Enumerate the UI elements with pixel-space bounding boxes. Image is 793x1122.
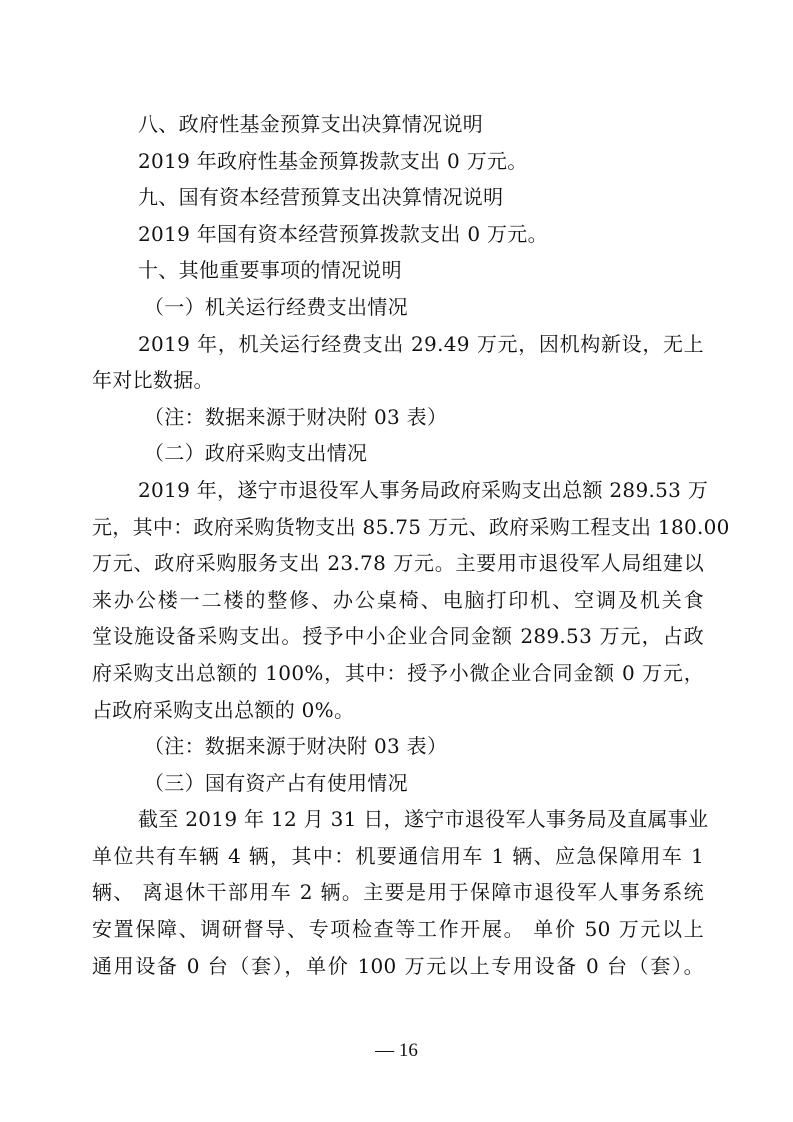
section-heading-state-capital: 九、国有资本经营预算支出决算情况说明 (92, 179, 704, 216)
paragraph-state-assets-cont: 通用设备 0 台（套），单价 100 万元以上专用设备 0 台（套）。 (92, 948, 704, 985)
paragraph-state-assets-cont: 单位共有车辆 4 辆，其中：机要通信用车 1 辆、应急保障用车 1 (92, 838, 704, 875)
paragraph-operating-expenses: 2019 年，机关运行经费支出 29.49 万元，因机构新设，无上 (92, 326, 704, 363)
document-page: 八、政府性基金预算支出决算情况说明 2019 年政府性基金预算拨款支出 0 万元… (92, 106, 704, 984)
paragraph-procurement-cont: 万元、政府采购服务支出 23.78 万元。主要用市退役军人局组建以 (92, 545, 704, 582)
paragraph-government-fund: 2019 年政府性基金预算拨款支出 0 万元。 (92, 143, 704, 180)
paragraph-procurement-cont: 占政府采购支出总额的 0%。 (92, 692, 704, 729)
paragraph-procurement-cont: 堂设施设备采购支出。授予中小企业合同金额 289.53 万元，占政 (92, 618, 704, 655)
subheading-operating-expenses: （一）机关运行经费支出情况 (92, 289, 704, 326)
subheading-state-assets: （三）国有资产占有使用情况 (92, 765, 704, 802)
note-data-source: （注：数据来源于财决附 03 表） (92, 399, 704, 436)
subheading-procurement: （二）政府采购支出情况 (92, 435, 704, 472)
paragraph-state-assets: 截至 2019 年 12 月 31 日，遂宁市退役军人事务局及直属事业 (92, 801, 704, 838)
paragraph-procurement: 2019 年，遂宁市退役军人事务局政府采购支出总额 289.53 万 (92, 472, 704, 509)
page-number: — 16 (0, 1040, 793, 1062)
paragraph-state-assets-cont: 安置保障、调研督导、专项检查等工作开展。 单价 50 万元以上 (92, 911, 704, 948)
paragraph-state-assets-cont: 辆、 离退休干部用车 2 辆。主要是用于保障市退役军人事务系统 (92, 874, 704, 911)
paragraph-state-capital: 2019 年国有资本经营预算拨款支出 0 万元。 (92, 216, 704, 253)
paragraph-procurement-cont: 来办公楼一二楼的整修、办公桌椅、电脑打印机、空调及机关食 (92, 582, 704, 619)
paragraph-procurement-cont: 元，其中：政府采购货物支出 85.75 万元、政府采购工程支出 180.00 (92, 509, 704, 546)
section-heading-other-matters: 十、其他重要事项的情况说明 (92, 252, 704, 289)
note-data-source: （注：数据来源于财决附 03 表） (92, 728, 704, 765)
paragraph-procurement-cont: 府采购支出总额的 100%，其中：授予小微企业合同金额 0 万元， (92, 655, 704, 692)
section-heading-government-fund: 八、政府性基金预算支出决算情况说明 (92, 106, 704, 143)
paragraph-operating-expenses-cont: 年对比数据。 (92, 362, 704, 399)
